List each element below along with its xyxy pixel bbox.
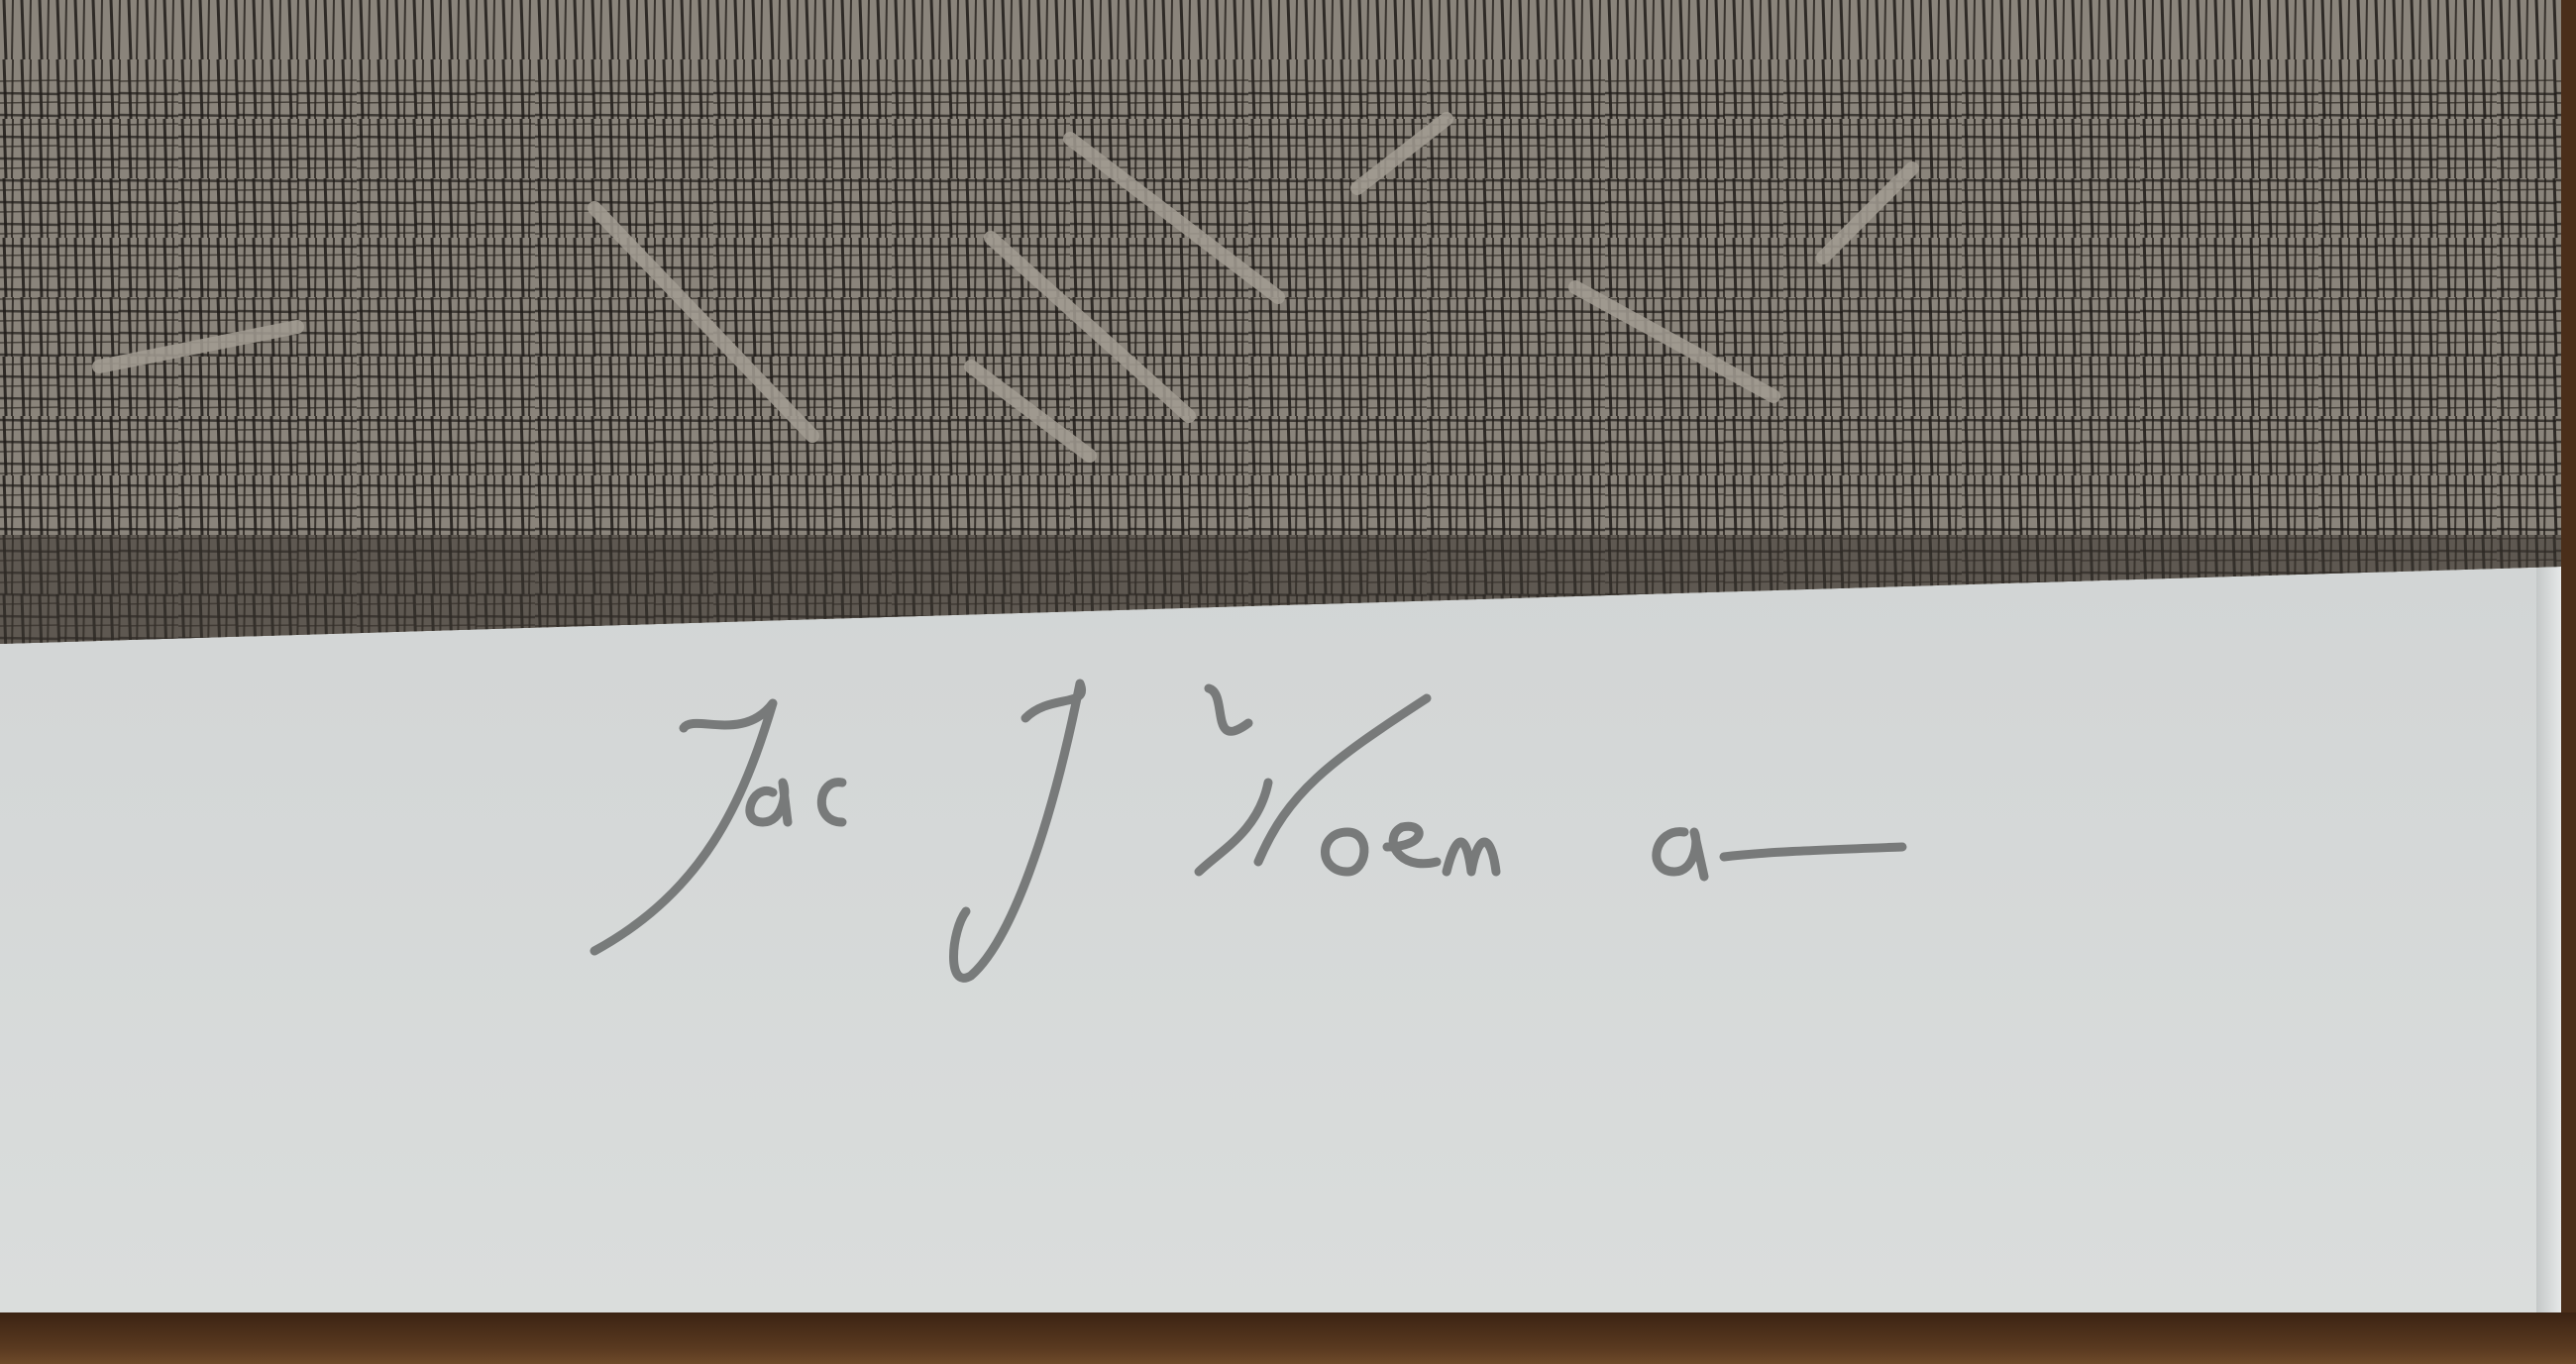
wooden-table [0,1312,2576,1364]
crosshatch-etching [0,0,2561,644]
pencil-signature [575,634,2259,1010]
etching-plate [0,0,2561,644]
